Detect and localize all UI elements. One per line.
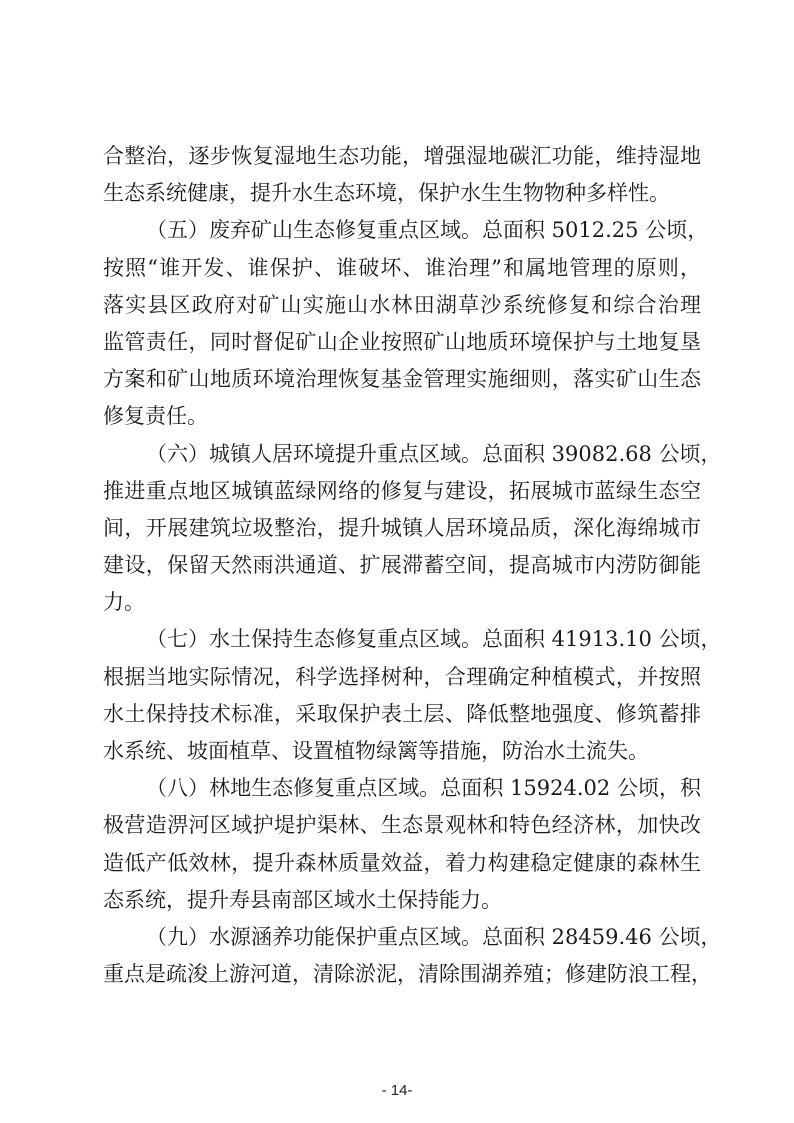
text-line: 间，开展建筑垃圾整治，提升城镇人居环境品质，深化海绵城市 <box>103 510 701 547</box>
text-line: 水土保持技术标准，采取保护表土层、降低整地强度、修筑蓄排 <box>103 696 701 733</box>
text-line: 修复责任。 <box>103 398 701 435</box>
document-page: 合整治，逐步恢复湿地生态功能，增强湿地碳汇功能，维持湿地 生态系统健康，提升水生… <box>0 0 794 1123</box>
text-line: 监管责任，同时督促矿山企业按照矿山地质环境保护与土地复垦 <box>103 324 701 361</box>
text-line: 落实县区政府对矿山实施山水林田湖草沙系统修复和综合治理 <box>103 287 701 324</box>
text-line: 造低产低效林，提升森林质量效益，着力构建稳定健康的森林生 <box>103 845 701 882</box>
text-line: 建设，保留天然雨洪通道、扩展滞蓄空间，提高城市内涝防御能 <box>103 547 701 584</box>
text-line: 合整治，逐步恢复湿地生态功能，增强湿地碳汇功能，维持湿地 <box>103 138 701 175</box>
body-text: 合整治，逐步恢复湿地生态功能，增强湿地碳汇功能，维持湿地 生态系统健康，提升水生… <box>103 138 701 993</box>
text-line: 推进重点地区城镇蓝绿网络的修复与建设，拓展城市蓝绿生态空 <box>103 473 701 510</box>
text-line: 重点是疏浚上游河道，清除淤泥，清除围湖养殖；修建防浪工程， <box>103 956 701 993</box>
section-heading-line: （八）林地生态修复重点区域。总面积 15924.02 公顷，积 <box>103 770 701 807</box>
text-line: 根据当地实际情况，科学选择树种，合理确定种植模式，并按照 <box>103 659 701 696</box>
section-heading-line: （五）废弃矿山生态修复重点区域。总面积 5012.25 公顷， <box>103 212 701 249</box>
text-line: 力。 <box>103 584 701 621</box>
page-number: - 14- <box>0 1082 794 1099</box>
section-heading-line: （九）水源涵养功能保护重点区域。总面积 28459.46 公顷， <box>103 919 701 956</box>
text-line: 态系统，提升寿县南部区域水土保持能力。 <box>103 882 701 919</box>
section-heading-line: （六）城镇人居环境提升重点区域。总面积 39082.68 公顷， <box>103 436 701 473</box>
text-line: 按照“谁开发、谁保护、谁破坏、谁治理”和属地管理的原则， <box>103 250 701 287</box>
section-heading-line: （七）水土保持生态修复重点区域。总面积 41913.10 公顷， <box>103 621 701 658</box>
text-line: 方案和矿山地质环境治理恢复基金管理实施细则，落实矿山生态 <box>103 361 701 398</box>
text-line: 水系统、坡面植草、设置植物绿篱等措施，防治水土流失。 <box>103 733 701 770</box>
text-line: 极营造淠河区域护堤护渠林、生态景观林和特色经济林，加快改 <box>103 807 701 844</box>
text-line: 生态系统健康，提升水生态环境，保护水生生物物种多样性。 <box>103 175 701 212</box>
